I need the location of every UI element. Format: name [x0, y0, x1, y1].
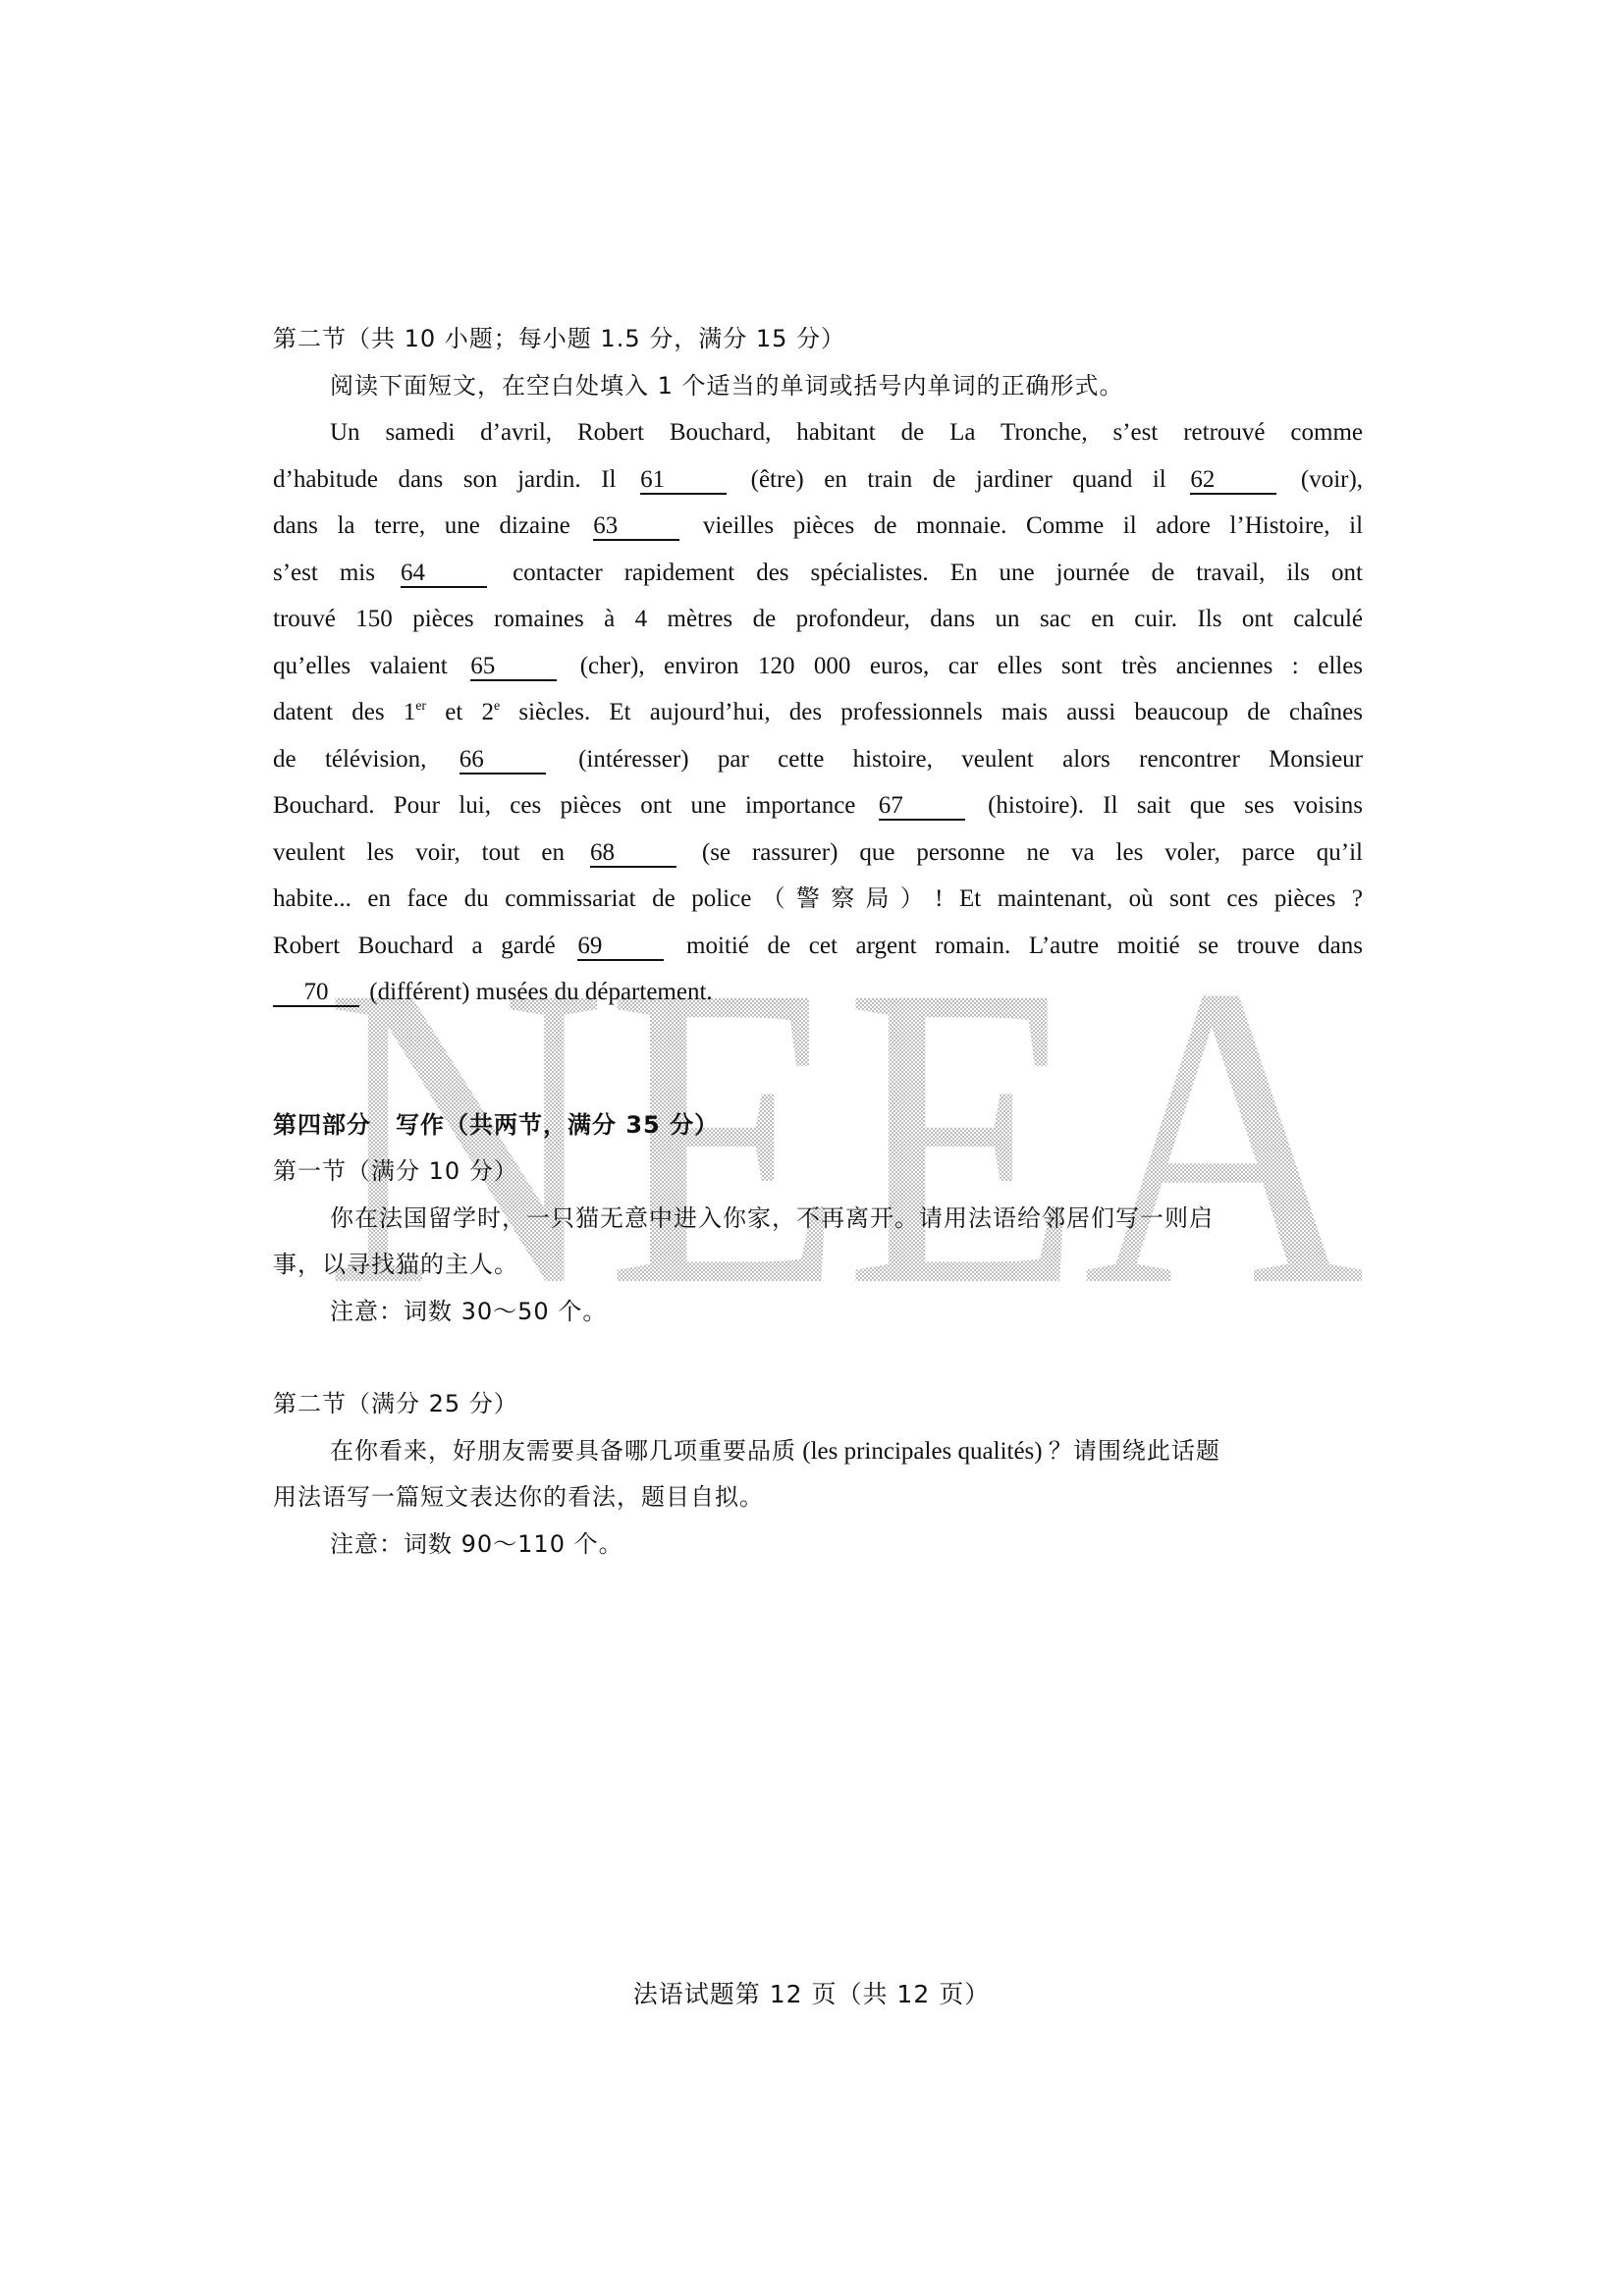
- blank-64[interactable]: 64: [401, 561, 487, 588]
- blank-67[interactable]: 67: [879, 793, 965, 821]
- blank-65[interactable]: 65: [470, 654, 557, 681]
- passage-line: habite... en face du commissariat de pol…: [273, 876, 1363, 923]
- writing-section2-prompt-cont: 用法语写一篇短文表达你的看法，题目自拟。: [273, 1474, 1363, 1522]
- passage-line: qu’elles valaient 65 (cher), environ 120…: [273, 643, 1363, 690]
- exam-page: 第二节（共 10 小题；每小题 1.5 分，满分 15 分） 阅读下面短文，在空…: [273, 316, 1363, 1568]
- passage-line: Un samedi d’avril, Robert Bouchard, habi…: [273, 409, 1363, 456]
- blank-62[interactable]: 62: [1190, 467, 1276, 495]
- blank-66[interactable]: 66: [460, 747, 546, 774]
- passage-line: de télévision, 66 (intéresser) par cette…: [273, 736, 1363, 783]
- passage-line: dans la terre, une dizaine 63 vieilles p…: [273, 503, 1363, 550]
- blank-68[interactable]: 68: [590, 840, 676, 868]
- passage-line: veulent les voir, tout en 68 (se rassure…: [273, 829, 1363, 877]
- writing-section2-note: 注意：词数 90～110 个。: [273, 1522, 1363, 1569]
- writing-section1-title: 第一节（满分 10 分）: [273, 1148, 1363, 1196]
- blank-70[interactable]: 70: [273, 980, 359, 1007]
- part4-title: 第四部分 写作（共两节，满分 35 分）: [273, 1102, 1363, 1149]
- blank-63[interactable]: 63: [593, 513, 679, 541]
- passage-line: d’habitude dans son jardin. Il 61 (être)…: [273, 456, 1363, 504]
- passage-line: s’est mis 64 contacter rapidement des sp…: [273, 550, 1363, 597]
- passage-line: Robert Bouchard a gardé 69 moitié de cet…: [273, 923, 1363, 970]
- blank-69[interactable]: 69: [577, 934, 664, 961]
- passage-line: 70 (différent) musées du département.: [273, 969, 1363, 1016]
- section-title: 第二节（共 10 小题；每小题 1.5 分，满分 15 分）: [273, 316, 1363, 363]
- writing-section1-prompt-cont: 事，以寻找猫的主人。: [273, 1242, 1363, 1289]
- writing-section2-prompt: 在你看来，好朋友需要具备哪几项重要品质 (les principales qua…: [273, 1428, 1363, 1475]
- writing-section1-note: 注意：词数 30～50 个。: [273, 1289, 1363, 1336]
- writing-section2-title: 第二节（满分 25 分）: [273, 1381, 1363, 1428]
- instruction: 阅读下面短文，在空白处填入 1 个适当的单词或括号内单词的正确形式。: [273, 363, 1363, 410]
- passage-line: datent des 1er et 2e siècles. Et aujourd…: [273, 689, 1363, 736]
- writing-section1-prompt: 你在法国留学时，一只猫无意中进入你家，不再离开。请用法语给邻居们写一则启: [273, 1196, 1363, 1243]
- blank-61[interactable]: 61: [640, 467, 727, 495]
- page-footer: 法语试题第 12 页（共 12 页）: [0, 1975, 1623, 2010]
- passage-line: trouvé 150 pièces romaines à 4 mètres de…: [273, 596, 1363, 643]
- passage-line: Bouchard. Pour lui, ces pièces ont une i…: [273, 782, 1363, 829]
